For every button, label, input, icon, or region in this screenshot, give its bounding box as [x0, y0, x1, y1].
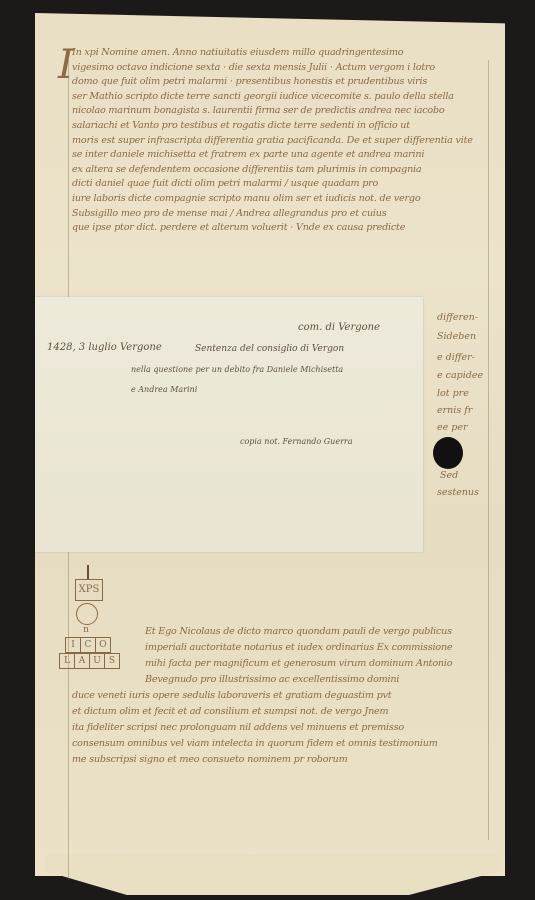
notary-subscription-continued: duce veneti iuris opere sedulis laborave…	[72, 688, 487, 768]
note-line-2: nella questione per un debito fra Daniel…	[131, 365, 343, 374]
text-line: ita fideliter scripsi nec prolonguam nil…	[72, 720, 487, 736]
text-line: dicti daniel quae fuit dicti olim petri …	[72, 177, 477, 192]
text-line: iure laboris dicte compagnie scripto man…	[72, 192, 477, 207]
text-line: Et Ego Nicolaus de dicto marco quondam p…	[145, 624, 485, 640]
margin-fragment: ee per	[437, 422, 468, 433]
note-signature: copia not. Fernando Guerra	[240, 437, 352, 446]
text-line: moris est super infrascripta differentia…	[72, 134, 477, 149]
sign-cell: I	[65, 637, 81, 653]
margin-fragment: Sideben	[437, 331, 476, 342]
text-line: me subscripsi signo et meo consueto nomi…	[72, 752, 487, 768]
margin-fragment: e differ-	[437, 352, 475, 363]
text-line: domo que fuit olim petri malarmi · prese…	[72, 75, 477, 90]
sign-cell: C	[80, 637, 96, 653]
text-line: vigesimo octavo indicione sexta · die se…	[72, 61, 477, 76]
sign-cell: S	[104, 653, 120, 669]
text-line: salariachi et Vanto pro testibus et roga…	[72, 119, 477, 134]
sign-cell: A	[74, 653, 90, 669]
text-line: Bevegnudo pro illustrissimo ac excellent…	[145, 672, 485, 688]
text-line: Subsigillo meo pro de mense mai / Andrea…	[72, 207, 477, 222]
text-line: ser Mathio scripto dicte terre sancti ge…	[72, 90, 477, 105]
seal-hole	[433, 437, 463, 469]
main-text-block: In xpi Nomine amen. Anno natiuitatis eiu…	[72, 46, 477, 236]
margin-fragment: lot pre	[437, 388, 469, 399]
parchment-bottom-fold	[45, 855, 500, 895]
sign-cell: U	[89, 653, 105, 669]
sign-cell: L	[59, 653, 75, 669]
text-line: se inter daniele michisetta et fratrem e…	[72, 148, 477, 163]
text-line: In xpi Nomine amen. Anno natiuitatis eiu…	[72, 46, 477, 61]
text-line: mihi facta per magnificum et generosum v…	[145, 656, 485, 672]
margin-fragment: differen-	[437, 312, 478, 323]
sign-circle	[76, 603, 98, 625]
attached-archival-note: com. di Vergone 1428, 3 luglio Vergone S…	[35, 297, 423, 552]
text-line: ex altera se defendentem occasione diffe…	[72, 163, 477, 178]
text-line: duce veneti iuris opere sedulis laborave…	[72, 688, 487, 704]
sign-cell: O	[95, 637, 111, 653]
note-line-3: e Andrea Marini	[131, 385, 197, 394]
sign-middle: n	[78, 625, 94, 635]
margin-fragment: e capidee	[437, 370, 483, 381]
notarial-sign: XPS n I C O L A U S	[55, 565, 135, 685]
text-line: et dictum olim et fecit et ad consilium …	[72, 704, 487, 720]
right-ruling-line	[488, 60, 489, 840]
note-line-1: Sentenza del consiglio di Vergon	[195, 344, 344, 354]
text-line: consensum omnibus vel viam intelecta in …	[72, 736, 487, 752]
text-line: que ipse ptor dict. perdere et alterum v…	[72, 221, 477, 236]
note-date-line: 1428, 3 luglio Vergone	[47, 342, 162, 353]
text-line: imperiali auctoritate notarius et iudex …	[145, 640, 485, 656]
margin-fragment: sestenus	[437, 487, 479, 498]
note-heading: com. di Vergone	[298, 322, 380, 333]
text-line: nicolao marinum bonagista s. laurentii f…	[72, 104, 477, 119]
notary-subscription: Et Ego Nicolaus de dicto marco quondam p…	[145, 624, 485, 688]
margin-fragment: Sed	[440, 470, 458, 481]
sign-spike	[87, 565, 89, 579]
sign-banner: XPS	[75, 579, 103, 601]
margin-fragment: ernis fr	[437, 405, 472, 416]
